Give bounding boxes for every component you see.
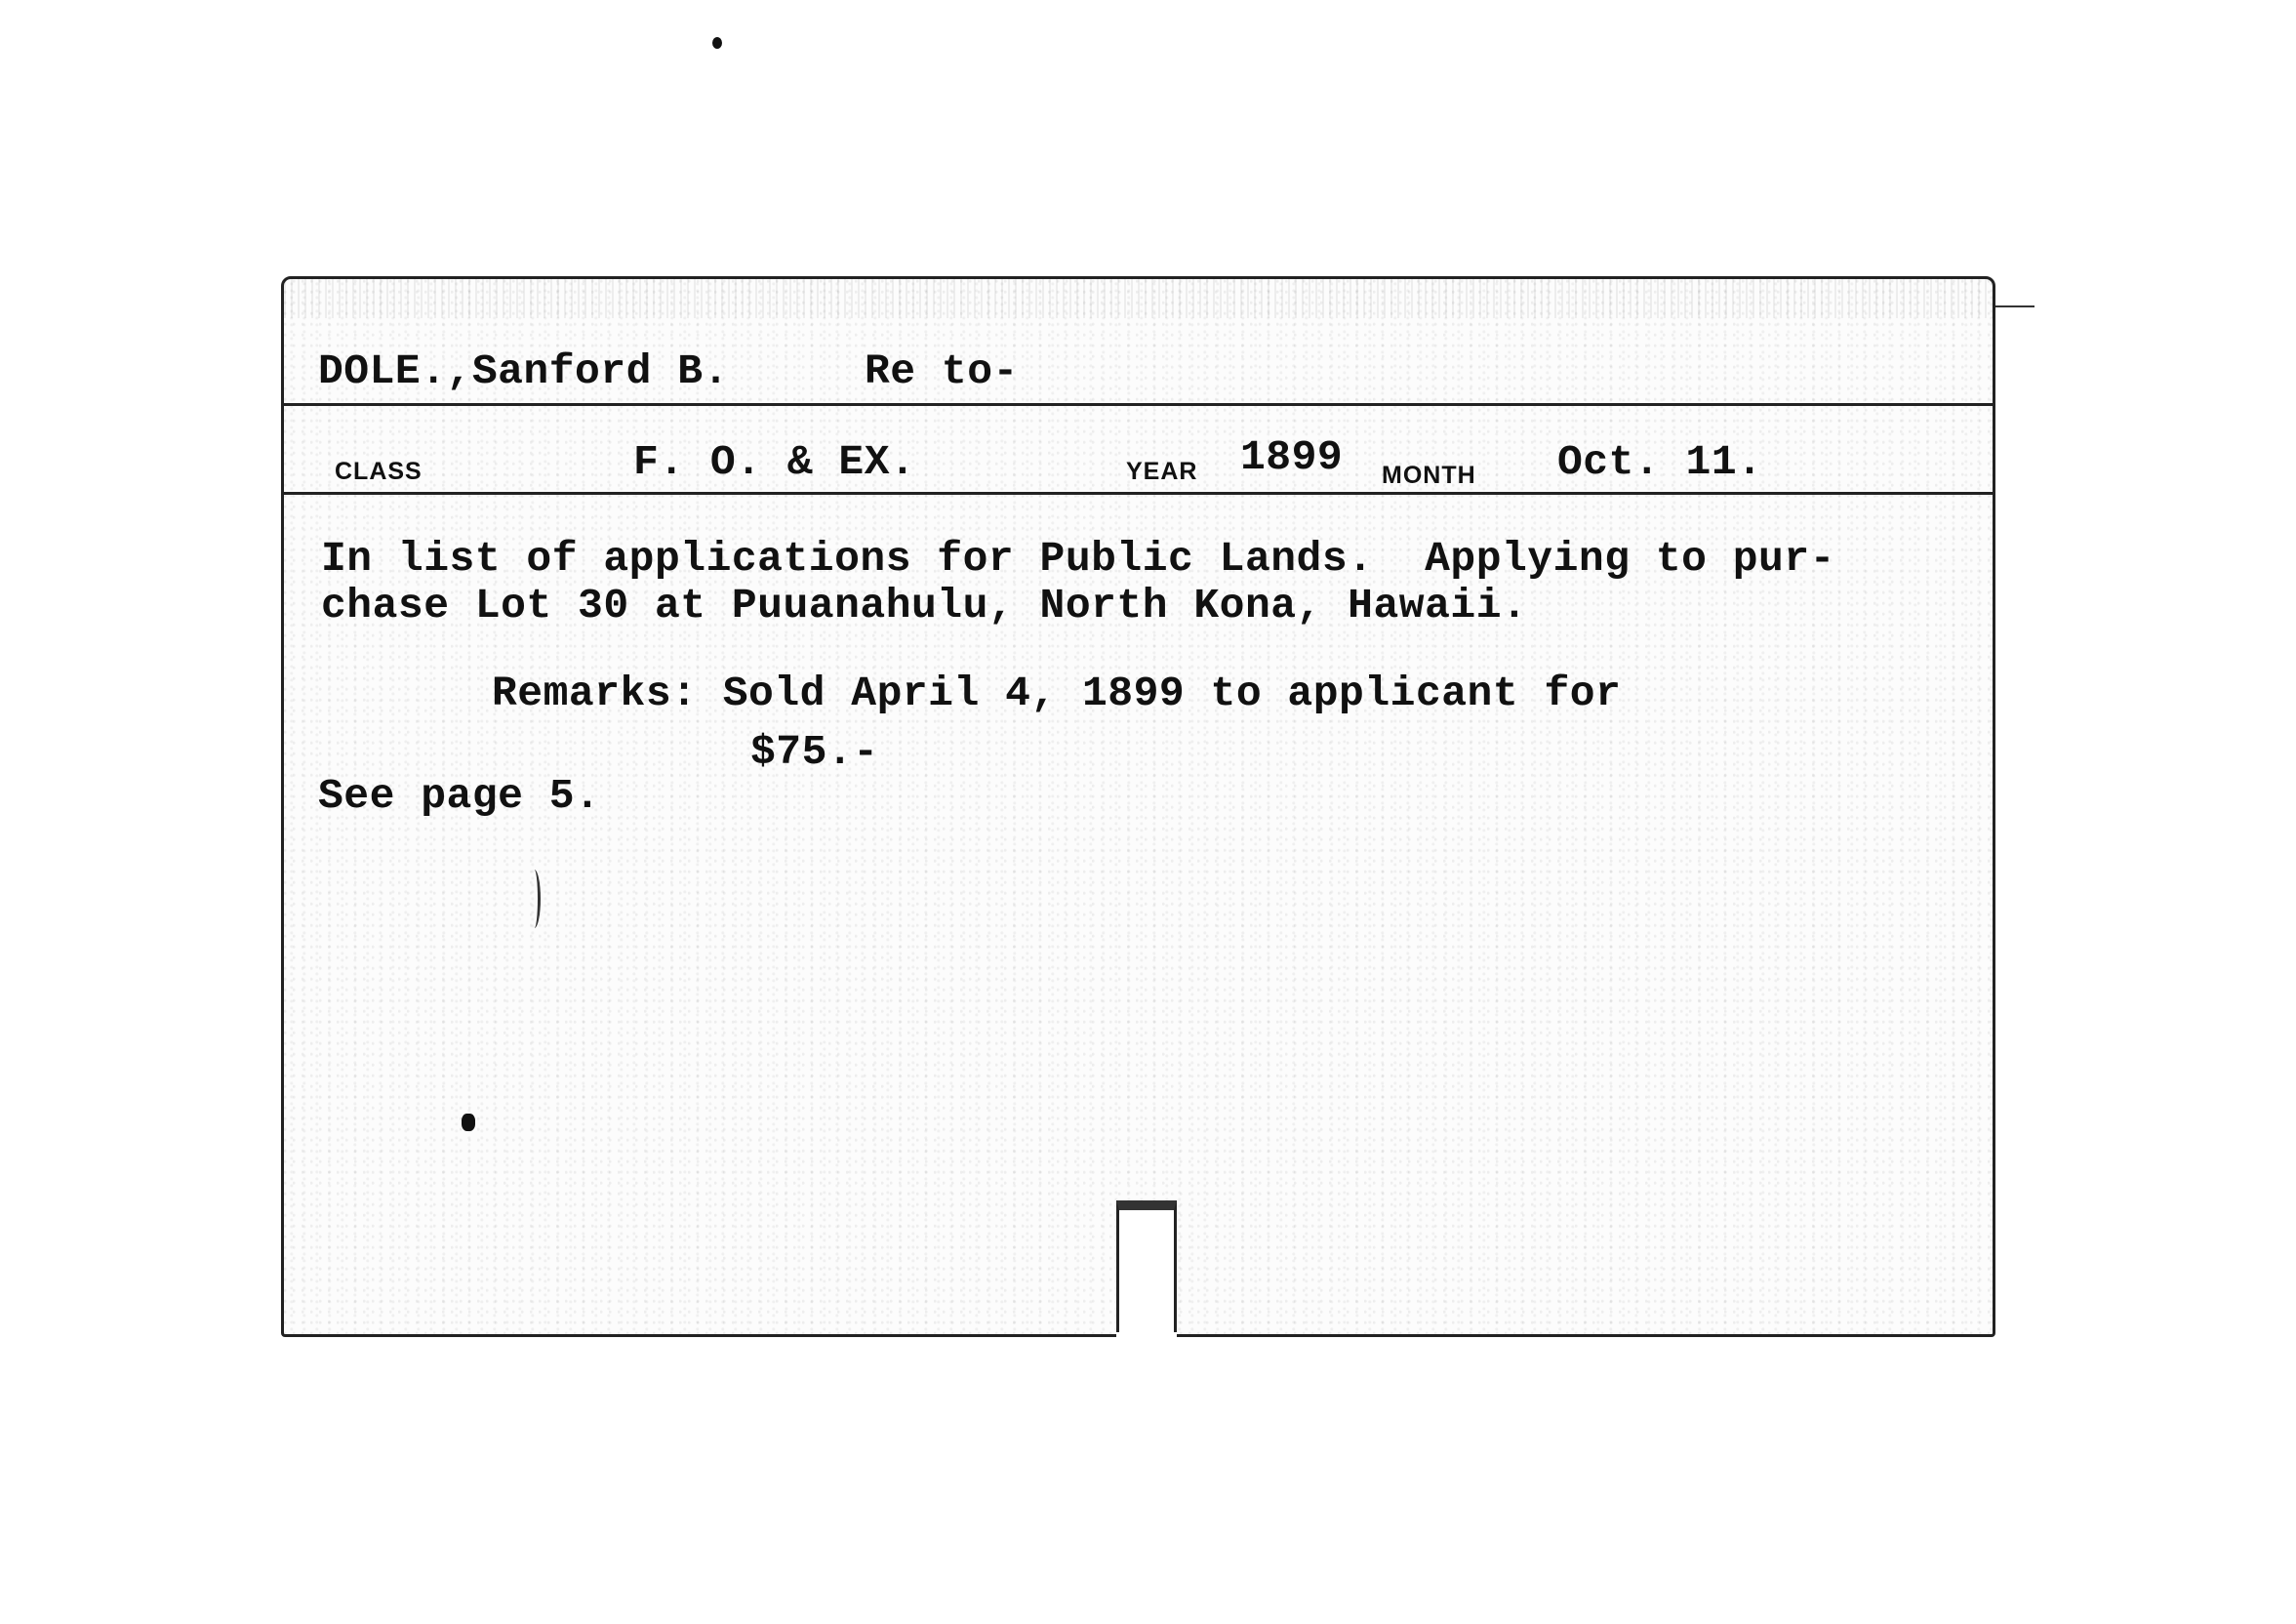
ink-curve <box>528 870 541 928</box>
year-value: 1899 <box>1240 433 1343 481</box>
body-line-2: chase Lot 30 at Puuanahulu, North Kona, … <box>321 582 1527 629</box>
see-page-note: See page 5. <box>318 772 600 820</box>
remarks-line-1: Remarks: Sold April 4, 1899 to applicant… <box>492 670 1621 717</box>
fields-rule <box>284 492 1993 495</box>
month-value: Oct. 11. <box>1557 438 1762 486</box>
index-card: DOLE.,Sanford B. Re to- CLASS F. O. & EX… <box>281 276 1995 1337</box>
card-name: DOLE.,Sanford B. <box>318 347 729 395</box>
remarks-line-2: $75.- <box>750 728 879 776</box>
ink-speck <box>712 37 722 49</box>
scanned-page: DOLE.,Sanford B. Re to- CLASS F. O. & EX… <box>0 0 2296 1624</box>
card-reference: Re to- <box>865 347 1019 395</box>
class-value: F. O. & EX. <box>633 438 915 486</box>
body-line-1: In list of applications for Public Lands… <box>321 535 1835 583</box>
class-label: CLASS <box>335 458 423 486</box>
month-label: MONTH <box>1382 462 1476 490</box>
ink-mark <box>462 1114 475 1131</box>
year-label: YEAR <box>1126 458 1197 486</box>
card-edge-mark <box>1995 305 2034 307</box>
card-header-texture <box>284 279 1993 318</box>
card-rod-notch-gap <box>1116 1332 1177 1340</box>
card-rod-notch <box>1116 1200 1177 1337</box>
heading-rule <box>284 403 1993 406</box>
